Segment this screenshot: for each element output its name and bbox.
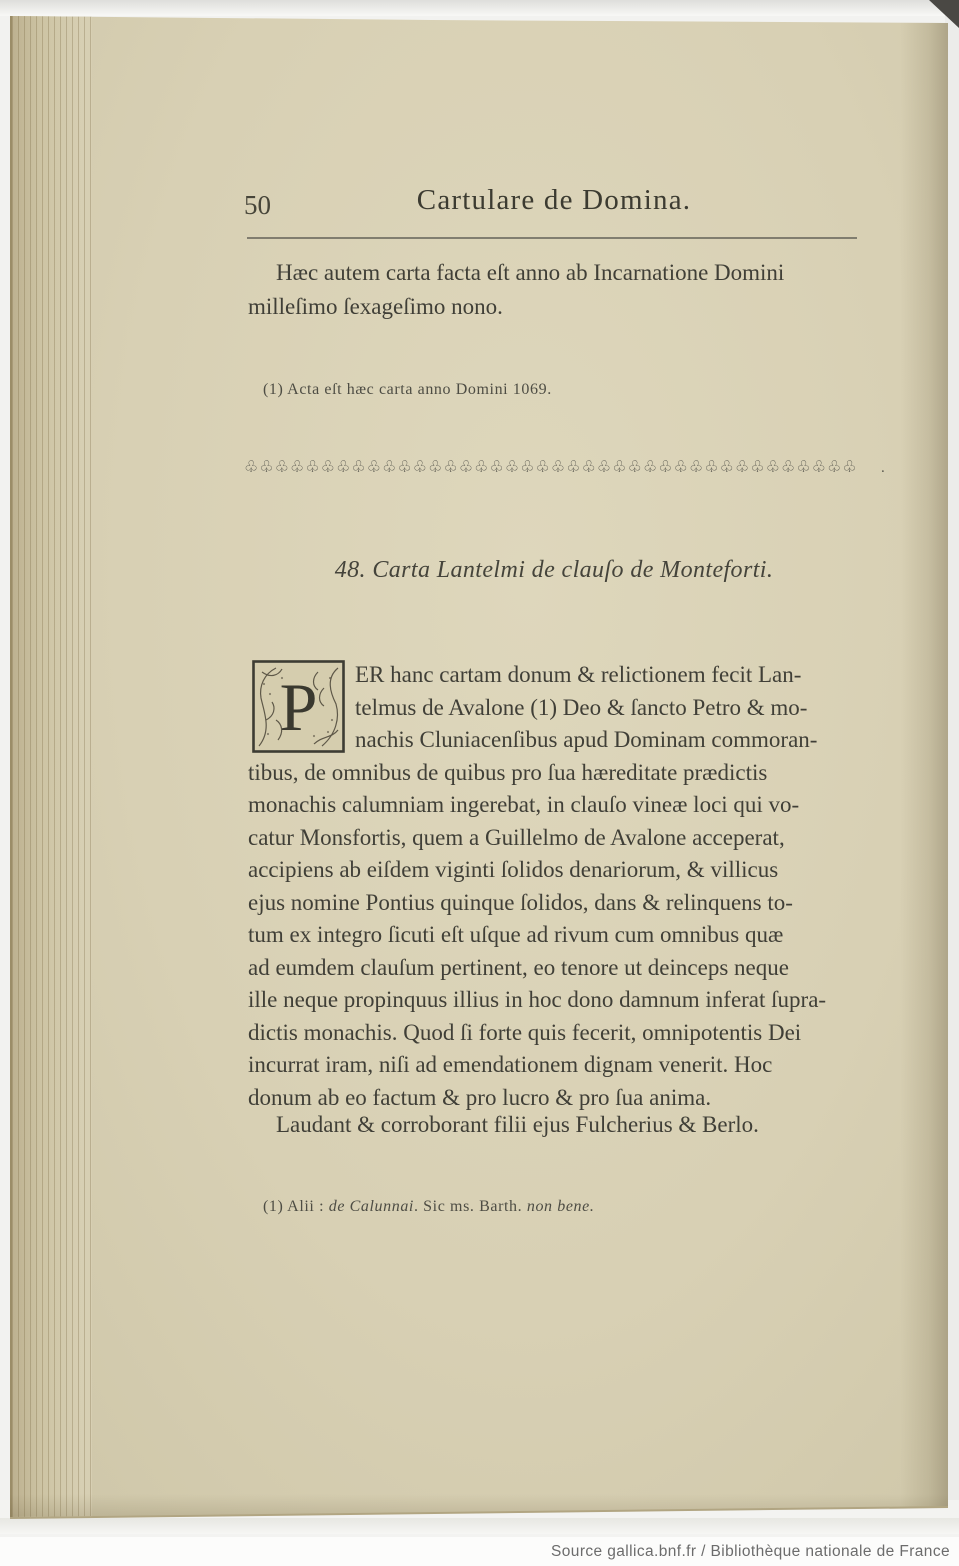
- trefoil-icon: ♧: [812, 457, 826, 476]
- trefoil-icon: ♧: [459, 457, 473, 476]
- body-line: dictis monachis. Quod ſi forte quis fece…: [248, 1017, 860, 1050]
- scan-corner-wedge: [929, 0, 959, 28]
- photo-bottom-edge: [0, 1518, 959, 1534]
- trefoil-icon: ♧: [428, 457, 442, 476]
- header-rule: [247, 237, 857, 239]
- trefoil-icon: ♧: [597, 457, 611, 476]
- trefoil-icon: ♧: [259, 457, 273, 476]
- trefoil-icon: ♧: [351, 457, 365, 476]
- trefoil-icon: ♧: [781, 457, 795, 476]
- trefoil-icon: ♧: [290, 457, 304, 476]
- trefoil-icon: ♧: [382, 457, 396, 476]
- body-line: donum ab eo factum & pro lucro & pro ſua…: [248, 1082, 860, 1115]
- trefoil-icon: ♧: [443, 457, 457, 476]
- footnote-text: (1) Alii :: [263, 1198, 329, 1215]
- trefoil-icon: ♧: [689, 457, 703, 476]
- footnote-top: (1) Acta eſt hæc carta anno Domini 1069.: [263, 381, 552, 399]
- trefoil-icon: ♧: [612, 457, 626, 476]
- trefoil-icon: ♧: [505, 457, 519, 476]
- trefoil-icon: ♧: [842, 457, 856, 476]
- trefoil-icon: ♧: [628, 457, 642, 476]
- trefoil-icon: ♧: [750, 457, 764, 476]
- trefoil-icon: ♧: [720, 457, 734, 476]
- page-right-shade: [900, 0, 948, 1520]
- trefoil-icon: ♧: [827, 457, 841, 476]
- body-lines: ER hanc cartam donum & relictionem fecit…: [248, 659, 860, 1114]
- gallica-footer-bar: Source gallica.bnf.fr / Bibliothèque nat…: [0, 1537, 959, 1566]
- intro-paragraph: Hæc autem carta facta eſt anno ab Incarn…: [248, 256, 860, 324]
- trefoil-icon: ♧: [305, 457, 319, 476]
- body-line: nachis Cluniacenſibus apud Dominam commo…: [355, 724, 860, 757]
- section-title: 48. Carta Lantelmi de clauſo de Montefor…: [248, 557, 860, 584]
- intro-line: milleſimo ſexageſimo nono.: [248, 290, 860, 324]
- gallica-source-text: Source gallica.bnf.fr / Bibliothèque nat…: [551, 1537, 950, 1566]
- trefoil-icon: ♧: [321, 457, 335, 476]
- footnote-text: . Sic ms. Barth.: [414, 1198, 527, 1215]
- body-line: accipiens ab eiſdem viginti ſolidos dena…: [248, 854, 860, 887]
- body-line: catur Monsfortis, quem a Guillelmo de Av…: [248, 822, 860, 855]
- trefoil-icon: ♧: [551, 457, 565, 476]
- footnote-italic: non bene.: [527, 1198, 595, 1215]
- trefoil-icon: ♧: [536, 457, 550, 476]
- trefoil-icon: ♧: [275, 457, 289, 476]
- ornament-row: ♧♧♧♧♧♧♧♧♧♧♧♧♧♧♧♧♧♧♧♧♧♧♧♧♧♧♧♧♧♧♧♧♧♧♧♧♧♧♧♧: [244, 457, 857, 476]
- trefoil-icon: ♧: [658, 457, 672, 476]
- trefoil-icon: ♧: [643, 457, 657, 476]
- trefoil-icon: ♧: [566, 457, 580, 476]
- intro-line: Hæc autem carta facta eſt anno ab Incarn…: [248, 256, 860, 290]
- trefoil-icon: ♧: [336, 457, 350, 476]
- trefoil-icon: ♧: [704, 457, 718, 476]
- body-line: tum ex integro ſicuti eſt uſque ad rivum…: [248, 919, 860, 952]
- ornament-tail-dot: .: [881, 460, 885, 477]
- trefoil-icon: ♧: [766, 457, 780, 476]
- body-line: ille neque propinquus illius in hoc dono…: [248, 984, 860, 1017]
- trefoil-icon: ♧: [413, 457, 427, 476]
- trefoil-icon: ♧: [490, 457, 504, 476]
- trefoil-icon: ♧: [397, 457, 411, 476]
- footnote-bottom: (1) Alii : de Calunnai. Sic ms. Barth. n…: [263, 1198, 594, 1216]
- body-line: telmus de Avalone (1) Deo & ſancto Petro…: [355, 692, 860, 725]
- trefoil-icon: ♧: [582, 457, 596, 476]
- running-title: Cartulare de Domina.: [248, 184, 860, 217]
- trefoil-icon: ♧: [674, 457, 688, 476]
- scan-top-band: [0, 0, 959, 16]
- body-line: monachis calumniam ingerebat, in clauſo …: [248, 789, 860, 822]
- body-line: tibus, de omnibus de quibus pro ſua hære…: [248, 757, 860, 790]
- trefoil-icon: ♧: [796, 457, 810, 476]
- body-line: incurrat iram, niſi ad emendationem dign…: [248, 1049, 860, 1082]
- footnote-italic: de Calunnai: [329, 1198, 414, 1215]
- body-line: ejus nomine Pontius quinque ſolidos, dan…: [248, 887, 860, 920]
- body-line: ER hanc cartam donum & relictionem fecit…: [355, 659, 860, 692]
- page-edge-stack: [10, 0, 92, 1520]
- body-line: ad eumdem clauſum pertinent, eo tenore u…: [248, 952, 860, 985]
- trefoil-icon: ♧: [367, 457, 381, 476]
- closing-line: Laudant & corroborant filii ejus Fulcher…: [276, 1112, 759, 1138]
- trefoil-icon: ♧: [244, 457, 258, 476]
- trefoil-icon: ♧: [520, 457, 534, 476]
- trefoil-icon: ♧: [474, 457, 488, 476]
- trefoil-icon: ♧: [735, 457, 749, 476]
